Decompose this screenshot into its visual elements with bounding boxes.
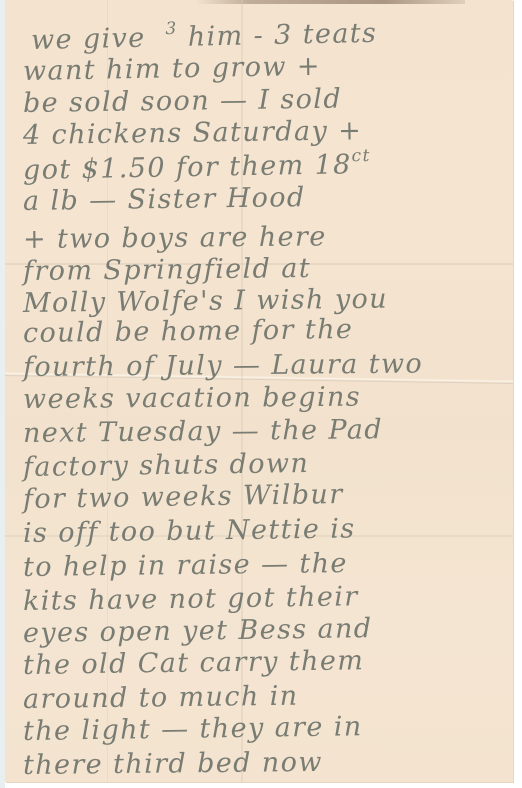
- text-line: a lb — Sister Hood: [23, 182, 306, 217]
- text-line: fourth of July — Laura two: [23, 349, 423, 383]
- text-line: be sold soon — I sold: [23, 84, 342, 119]
- scan-canvas: we give 3 him - 3 teats want him to grow…: [0, 0, 522, 788]
- text-line: factory shuts down: [23, 448, 310, 483]
- line-text: got $1.50 for them 18: [23, 149, 352, 186]
- text-line: there third bed now: [23, 747, 323, 781]
- text-line: 4 chickens Saturday +: [23, 115, 363, 151]
- text-line: around to much in: [23, 681, 299, 715]
- text-line: to help in raise — the: [23, 548, 348, 583]
- text-line: for two weeks Wilbur: [23, 479, 344, 515]
- text-line: weeks vacation begins: [23, 382, 361, 415]
- text-line: kits have not got their: [23, 581, 359, 617]
- text-line: the light — they are in: [23, 711, 363, 747]
- line-text: we give: [31, 23, 146, 56]
- superscript-text: 3: [165, 19, 178, 39]
- text-line: from Springfield at: [23, 253, 311, 287]
- text-line: the old Cat carry them: [23, 645, 365, 681]
- text-line: could be home for the: [23, 314, 354, 349]
- text-line: got $1.50 for them 18ct: [23, 146, 371, 186]
- text-line: eyes open yet Bess and: [23, 613, 373, 649]
- handwritten-text: we give 3 him - 3 teats want him to grow…: [5, 0, 513, 782]
- line-text: him - 3 teats: [177, 18, 377, 53]
- text-line: want him to grow +: [23, 51, 321, 87]
- text-line: is off too but Nettie is: [23, 513, 356, 549]
- text-line: we give 3 him - 3 teats: [31, 15, 378, 56]
- letter-page: we give 3 him - 3 teats want him to grow…: [5, 0, 513, 782]
- superscript-text: ct: [351, 146, 371, 166]
- text-line: + two boys are here: [23, 221, 327, 255]
- text-line: next Tuesday — the Pad: [23, 414, 383, 449]
